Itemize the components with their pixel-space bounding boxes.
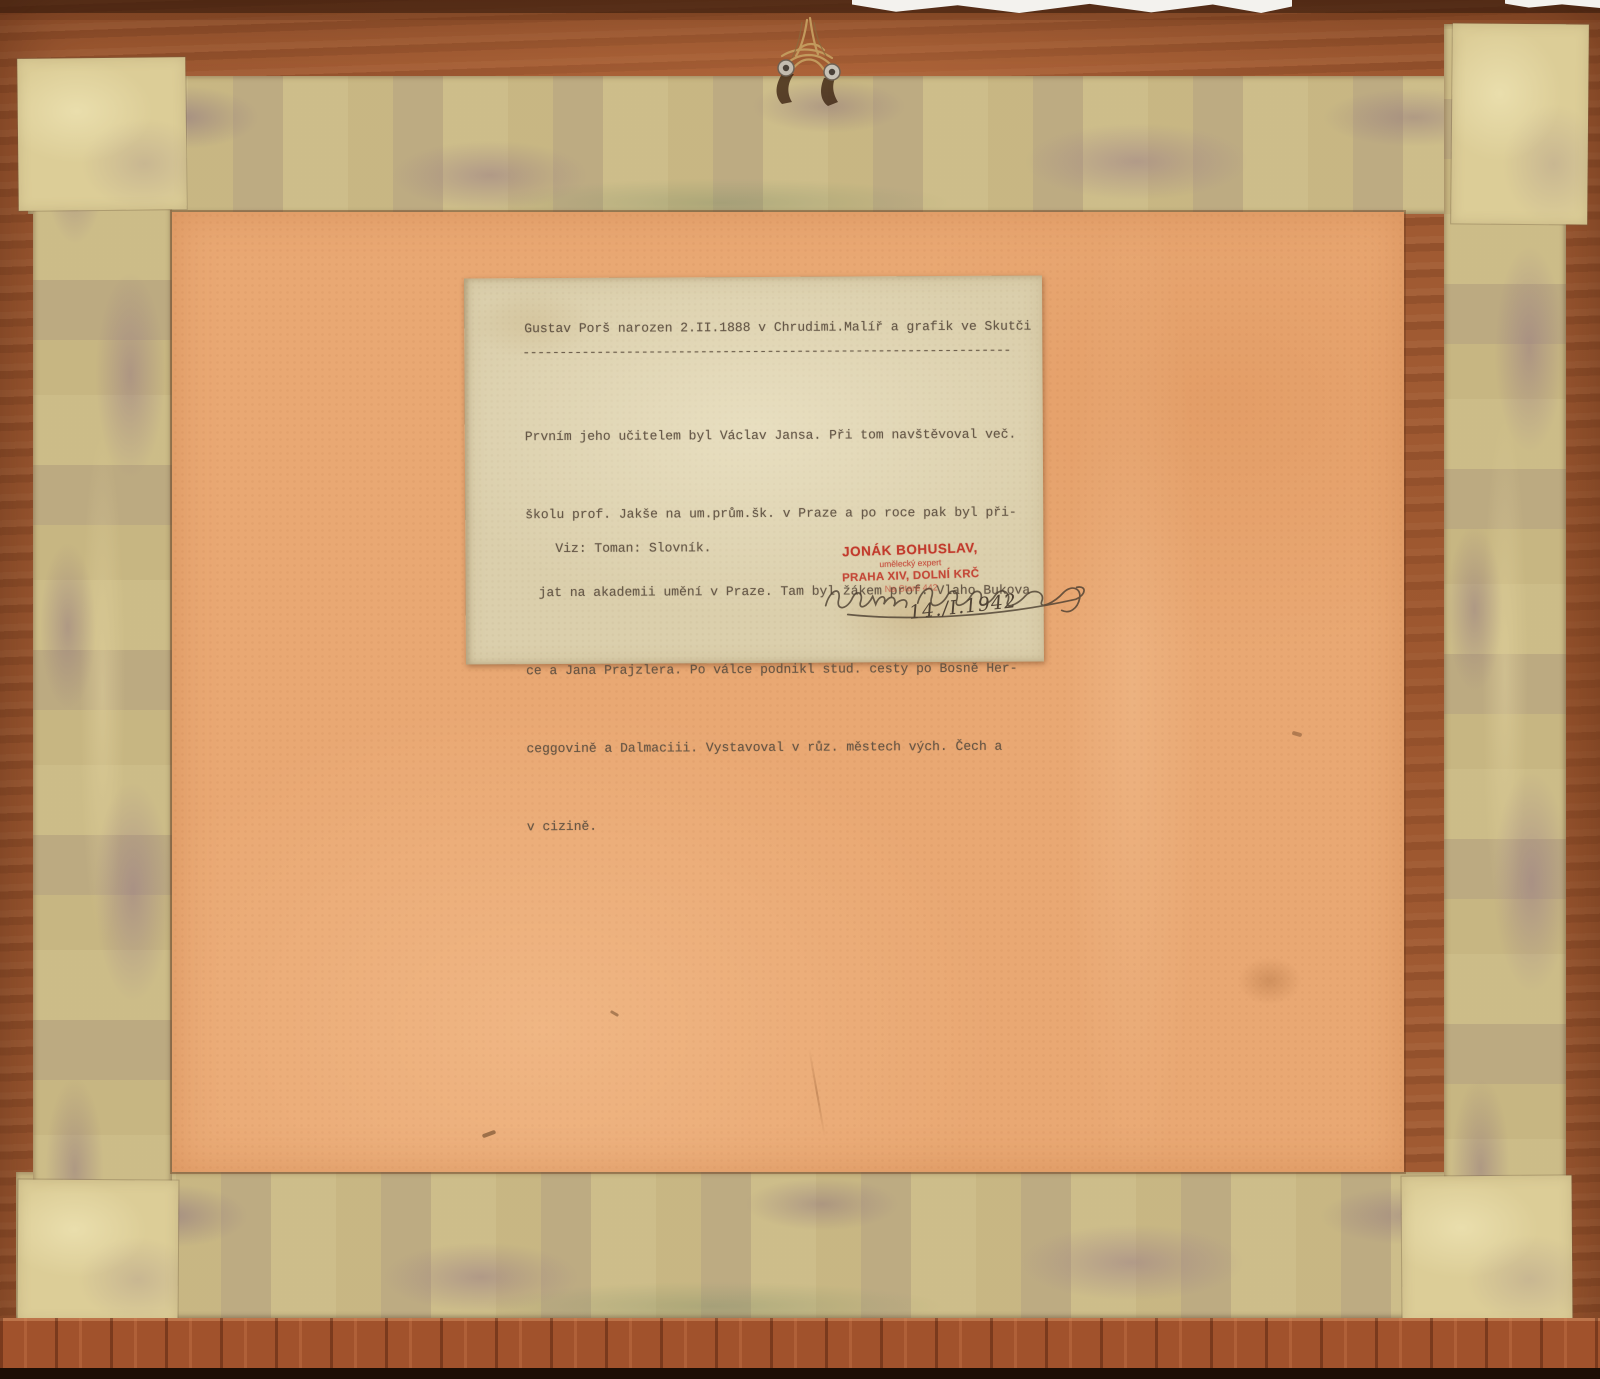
label-body-line: školu prof. Jakše na um.prům.šk. v Praze… xyxy=(525,500,1030,529)
label-reference: Viz: Toman: Slovník. xyxy=(555,540,711,556)
scuff-mark xyxy=(1292,731,1303,737)
hanging-hardware-icon xyxy=(752,12,862,112)
tape-patch-bottom-right xyxy=(1401,1175,1572,1324)
label-title: Gustav Porš narozen 2.II.1888 v Chrudimi… xyxy=(524,319,1031,337)
tape-patch-top-right xyxy=(1451,23,1589,224)
hardware-shadow xyxy=(821,76,838,106)
metal-eyelet-hole xyxy=(783,65,789,71)
label-body: Prvním jeho učitelem byl Václav Jansa. P… xyxy=(524,370,1031,893)
label-body-line: ce a Jana Prajzlera. Po válce podnikl st… xyxy=(526,656,1031,685)
label-body-line: v cizině. xyxy=(527,812,1032,841)
tape-patch-top-left xyxy=(17,57,187,211)
tape-patch-bottom-left xyxy=(18,1179,179,1322)
label-body-line: ceggovině a Dalmaciii. Vystavoval v růz.… xyxy=(526,734,1031,763)
tape-band-left xyxy=(33,60,172,1320)
tape-band-bottom xyxy=(16,1172,1566,1318)
photo-frame-back: Gustav Porš narozen 2.II.1888 v Chrudimi… xyxy=(0,0,1600,1379)
typed-label: Gustav Porš narozen 2.II.1888 v Chrudimi… xyxy=(464,275,1044,664)
scuff-mark xyxy=(1237,957,1302,1005)
crease-line xyxy=(808,1049,826,1138)
metal-eyelet-hole xyxy=(829,69,835,75)
bottom-frame-edge xyxy=(0,1368,1600,1379)
scuff-mark xyxy=(610,1010,619,1017)
label-body-line: Prvním jeho učitelem byl Václav Jansa. P… xyxy=(525,422,1030,451)
bottom-wood-rail xyxy=(0,1318,1600,1368)
scuff-mark xyxy=(482,1130,497,1139)
label-divider: ----------------------------------------… xyxy=(522,343,1011,361)
hardware-shadow xyxy=(777,74,794,104)
